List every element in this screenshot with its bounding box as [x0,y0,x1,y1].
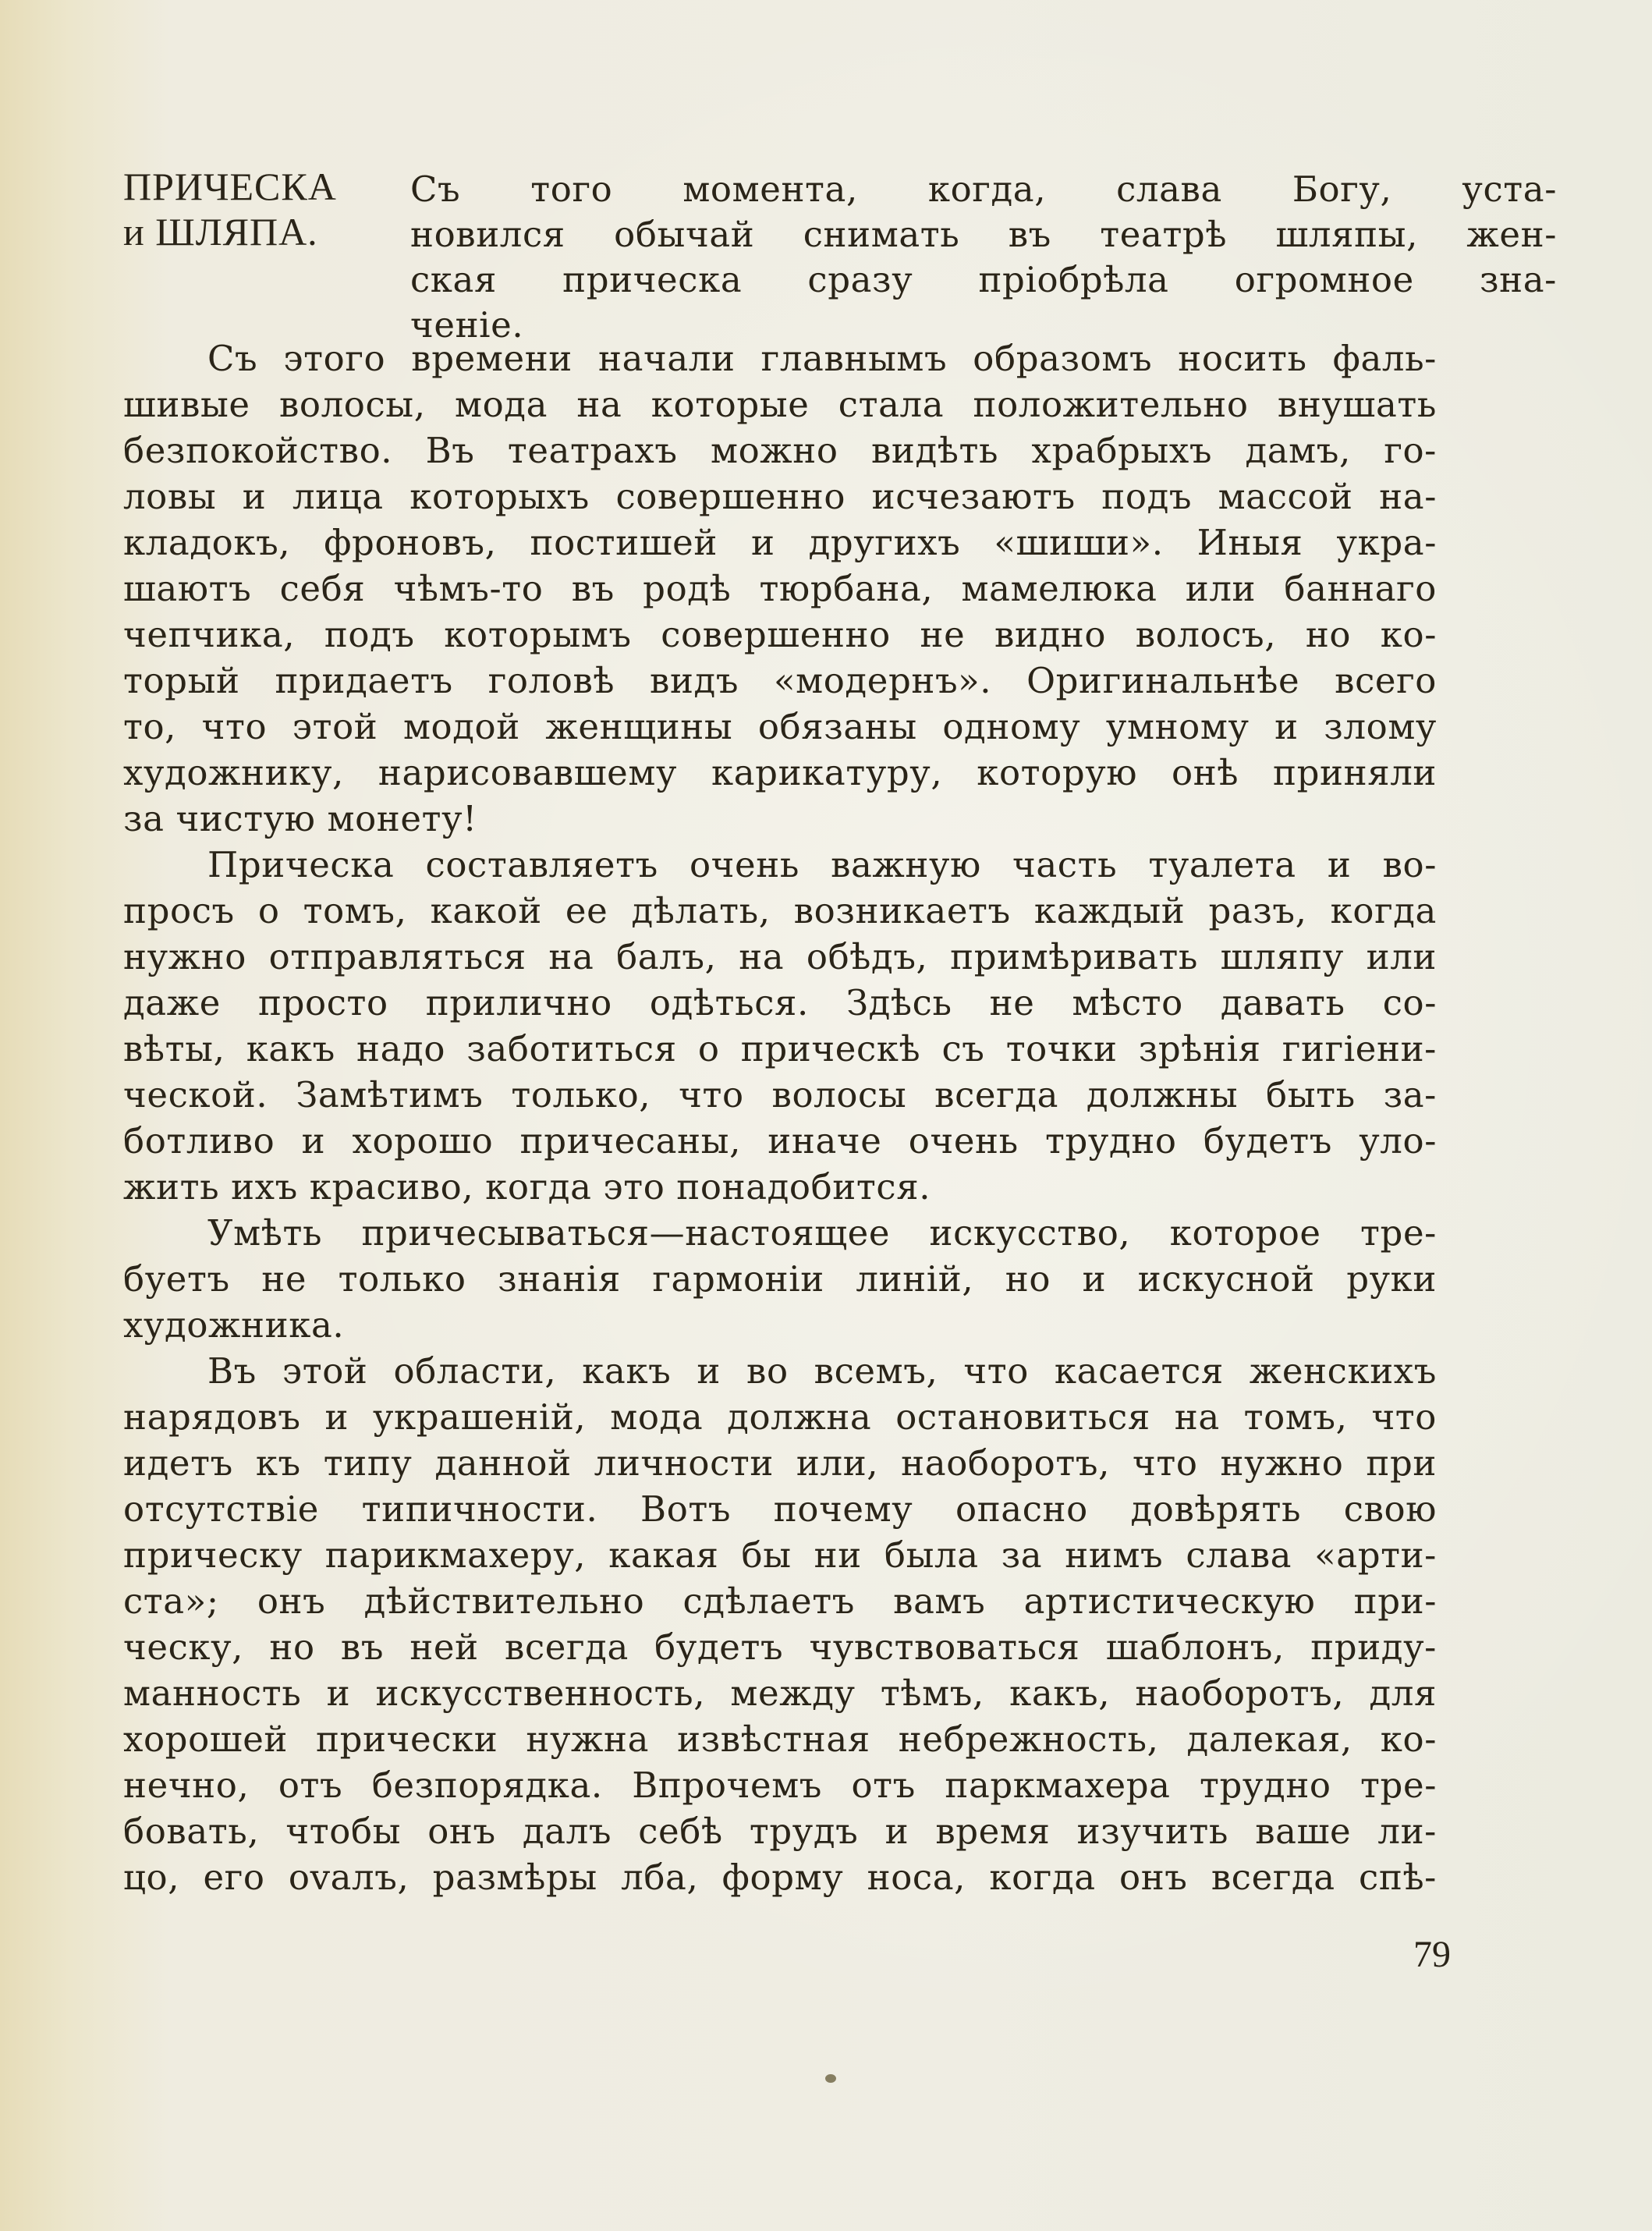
text-line: Съ того момента, когда, слава Богу, уста… [410,167,1557,212]
text-line: отсутствіе типичности. Вотъ почему опасн… [123,1486,1437,1532]
text-line: за чистую монету! [123,796,1437,842]
text-line: ста»; онъ дѣйствительно сдѣлаетъ вамъ ар… [123,1578,1437,1624]
text-line: торый придаетъ головѣ видъ «модернъ». Ор… [123,658,1437,704]
paper-speck [825,2074,836,2083]
text-line: нечно, отъ безпорядка. Впрочемъ отъ парк… [123,1762,1437,1808]
text-line: идетъ къ типу данной личности или, наобо… [123,1440,1437,1486]
text-line: нарядовъ и украшеній, мода должна остано… [123,1394,1437,1440]
text-line: шаютъ себя чѣмъ-то въ родѣ тюрбана, маме… [123,566,1437,612]
text-line: нужно отправляться на балъ, на обѣдъ, пр… [123,934,1437,980]
text-line: шивые волосы, мода на которые стала поло… [123,381,1437,427]
text-line: вѣты, какъ надо заботиться о прическѣ съ… [123,1026,1437,1072]
text-line: ская прическа сразу пріобрѣла огромное з… [410,257,1557,303]
text-line: ловы и лица которыхъ совершенно исчезают… [123,474,1437,520]
text-line: прическу парикмахеру, какая бы ни была з… [123,1532,1437,1578]
side-heading-line-2: и ШЛЯПА. [123,209,381,254]
text-line: Въ этой области, какъ и во всемъ, что ка… [123,1348,1437,1394]
text-line: Прическа составляетъ очень важную часть … [123,842,1437,888]
side-heading: ПРИЧЕСКА и ШЛЯПА. [123,164,381,254]
text-line: то, что этой модой женщины обязаны одном… [123,704,1437,750]
text-line: бовать, чтобы онъ далъ себѣ трудъ и врем… [123,1808,1437,1854]
text-line: безпокойство. Въ театрахъ можно видѣть х… [123,427,1437,474]
text-line: художнику, нарисовавшему карикатуру, кот… [123,750,1437,796]
text-line: буетъ не только знанія гармоніи линій, н… [123,1256,1437,1302]
text-line: жить ихъ красиво, когда это понадобится. [123,1164,1437,1210]
side-heading-line-1: ПРИЧЕСКА [123,165,337,208]
page-number: 79 [1413,1933,1451,1976]
text-line: ческой. Замѣтимъ только, что волосы всег… [123,1072,1437,1118]
text-line: новился обычай снимать въ театрѣ шляпы, … [410,212,1557,257]
text-line: художника. [123,1302,1437,1348]
text-line: цо, его оvалъ, размѣры лба, форму носа, … [123,1854,1437,1900]
text-line: Съ этого времени начали главнымъ образом… [123,335,1437,381]
text-line: чепчика, подъ которымъ совершенно не вид… [123,612,1437,658]
text-line: ческу, но въ ней всегда будетъ чувствова… [123,1624,1437,1670]
text-line: манность и искусственность, между тѣмъ, … [123,1670,1437,1716]
text-line: кладокъ, фроновъ, постишей и другихъ «ши… [123,520,1437,566]
intro-paragraph: Съ того момента, когда, слава Богу, уста… [410,167,1557,348]
text-line: просъ о томъ, какой ее дѣлать, возникает… [123,888,1437,934]
text-line: Умѣть причесываться—настоящее искусство,… [123,1210,1437,1256]
text-line: ботливо и хорошо причесаны, иначе очень … [123,1118,1437,1164]
body-text: Съ этого времени начали главнымъ образом… [123,335,1437,1900]
text-line: даже просто прилично одѣться. Здѣсь не м… [123,980,1437,1026]
text-line: хорошей прически нужна извѣстная небрежн… [123,1716,1437,1762]
